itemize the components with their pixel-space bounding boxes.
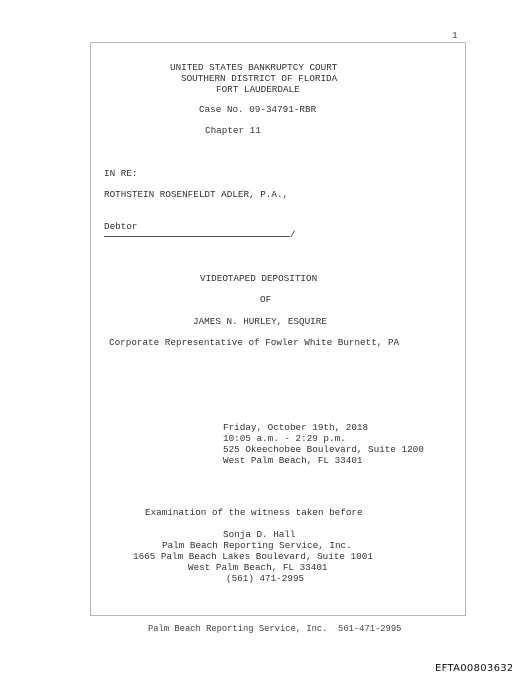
deponent-role: Corporate Representative of Fowler White…	[109, 337, 399, 348]
page-footer: Palm Beach Reporting Service, Inc. 561-4…	[148, 624, 401, 635]
reporter-phone: (561) 471-2995	[226, 573, 304, 584]
deposition-title: VIDEOTAPED DEPOSITION	[200, 273, 317, 284]
court-district: SOUTHERN DISTRICT OF FLORIDA	[181, 73, 337, 84]
deposition-time: 10:05 a.m. - 2:29 p.m.	[223, 433, 346, 444]
reporter-address-line2: West Palm Beach, FL 33401	[188, 562, 327, 573]
reporter-company: Palm Beach Reporting Service, Inc.	[162, 540, 352, 551]
in-re-label: IN RE:	[104, 168, 137, 179]
page-number: 1	[452, 30, 458, 41]
debtor-party-name: ROTHSTEIN ROSENFELDT ADLER, P.A.,	[104, 189, 288, 200]
deposition-date: Friday, October 19th, 2018	[223, 422, 368, 433]
deposition-of: OF	[260, 294, 271, 305]
caption-rule	[104, 236, 290, 237]
deponent-name: JAMES N. HURLEY, ESQUIRE	[193, 316, 327, 327]
reporter-name: Sonja D. Hall	[223, 529, 296, 540]
case-number: Case No. 09-34791-RBR	[199, 104, 316, 115]
court-name: UNITED STATES BANKRUPTCY COURT	[170, 62, 337, 73]
caption-rule-end: /	[290, 229, 296, 240]
reporter-address-line1: 1665 Palm Beach Lakes Boulevard, Suite 1…	[133, 551, 373, 562]
chapter: Chapter 11	[205, 125, 261, 136]
court-division: FORT LAUDERDALE	[216, 84, 300, 95]
deposition-address-line2: West Palm Beach, FL 33401	[223, 455, 362, 466]
debtor-label: Debtor	[104, 221, 137, 232]
bates-stamp: EFTA00803632	[435, 663, 512, 674]
deposition-address-line1: 525 Okeechobee Boulevard, Suite 1200	[223, 444, 424, 455]
examination-intro: Examination of the witness taken before	[145, 507, 363, 518]
